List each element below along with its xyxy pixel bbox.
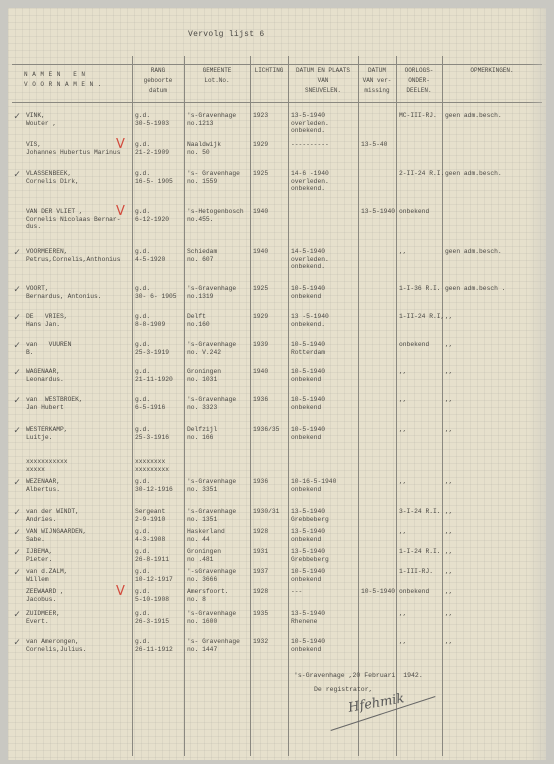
cell-death: 14-5-1940 overleden. onbekend. — [291, 248, 329, 271]
cell-rank: g.d. 30-5-1903 — [135, 112, 169, 127]
cell-death: 13-5-1940 Rhenene — [291, 610, 325, 625]
cell-death: 13-5-1940 Grebbeberg — [291, 508, 329, 523]
cell-unit: 2-II-24 R.I. — [399, 170, 444, 178]
cell-rank: g.d. 21-2-1909 — [135, 141, 169, 156]
cell-rank: g.d. 4-5-1920 — [135, 248, 165, 263]
cell-remarks: ,, — [445, 313, 453, 321]
cell-municipality: Amersfoort. no. 8 — [187, 588, 229, 603]
cell-unit: ,, — [399, 610, 407, 618]
header-lichting: LICHTING — [250, 66, 288, 76]
cell-remarks: ,, — [445, 568, 453, 576]
header-top-rule — [12, 64, 542, 65]
check-mark-icon: ✓ — [14, 111, 20, 123]
cell-lichting: 1928 — [253, 588, 268, 596]
cell-unit: onbekend — [399, 341, 429, 349]
check-mark-icon: ✓ — [14, 425, 20, 437]
header-rank: RANG geboorte datum — [132, 66, 184, 96]
cell-municipality: 's-Gravenhage no. 3351 — [187, 478, 236, 493]
check-mark-icon: ✓ — [14, 637, 20, 649]
cell-lichting: 1940 — [253, 208, 268, 216]
cell-remarks: ,, — [445, 478, 453, 486]
cell-name: ZEEWAARD , Jacobus. — [26, 588, 64, 603]
cell-lichting: 1923 — [253, 112, 268, 120]
cell-missing: 10-5-1940 — [361, 588, 395, 596]
cell-name: van Amerongen, Cornelis,Julius. — [26, 638, 86, 653]
cell-death: 13-5-1940 onbekend — [291, 528, 325, 543]
cell-rank: g.d. 16-5- 1905 — [135, 170, 173, 185]
cell-rank: g.d. 25-3-1916 — [135, 426, 169, 441]
cell-municipality: 's-Gravenhage no.1319 — [187, 285, 236, 300]
red-check-icon: V — [116, 584, 125, 599]
cell-unit: onbekend — [399, 208, 429, 216]
cell-remarks: geen adm.besch . — [445, 285, 505, 293]
column-divider — [396, 56, 397, 756]
cell-municipality: '-sGravenhage no. 3666 — [187, 568, 236, 583]
cell-municipality: 's-Hetogenbosch no.455. — [187, 208, 244, 223]
cell-rank: g.d. 21-11-1920 — [135, 368, 173, 383]
cell-unit: ,, — [399, 426, 407, 434]
cell-name: VOORT, Bernardus, Antonius. — [26, 285, 102, 300]
cell-rank: g.d. 10-12-1917 — [135, 568, 173, 583]
cell-remarks: ,, — [445, 588, 453, 596]
cell-municipality: 's-Gravenhage no. 1600 — [187, 610, 236, 625]
header-unit: OORLOGS- ONDER- DEELEN. — [396, 66, 442, 96]
cell-remarks: ,, — [445, 426, 453, 434]
cell-municipality: 's-Gravenhage no. 1351 — [187, 508, 236, 523]
column-divider — [288, 56, 289, 756]
check-mark-icon: ✓ — [14, 312, 20, 324]
cell-death: 10-5-1940 onbekend — [291, 568, 325, 583]
cell-unit: ,, — [399, 638, 407, 646]
cell-lichting: 1940 — [253, 368, 268, 376]
cell-unit: onbekend — [399, 588, 429, 596]
cell-name: VOORMEEREN, Petrus,Cornelis,Anthonius — [26, 248, 120, 263]
cell-unit: 1-I-24 R.I. — [399, 548, 441, 556]
red-check-icon: V — [116, 204, 125, 219]
cell-rank: g.d. 6-5-1916 — [135, 396, 165, 411]
header-municipality: GEMEENTE Lot.No. — [184, 66, 250, 86]
cell-rank: g.d. 30-12-1916 — [135, 478, 173, 493]
cell-missing: 13-5-40 — [361, 141, 387, 149]
cell-remarks: ,, — [445, 508, 453, 516]
check-mark-icon: ✓ — [14, 395, 20, 407]
cell-remarks: geen adm.besch. — [445, 112, 502, 120]
cell-death: 13 -5-1940 onbekend. — [291, 313, 329, 328]
cell-name: van d.ZALM, Willem — [26, 568, 68, 583]
check-mark-icon: ✓ — [14, 507, 20, 519]
cell-municipality: Haskerland no. 44 — [187, 528, 225, 543]
check-mark-icon: ✓ — [14, 477, 20, 489]
header-death: DATUM EN PLAATS VAN SNEUVELEN. — [288, 66, 358, 96]
cell-name: VAN DER VLIET , Cornelis Nicolaas Bernar… — [26, 208, 120, 231]
column-divider — [358, 56, 359, 756]
cell-municipality: Naaldwijk no. 50 — [187, 141, 221, 156]
cell-lichting: 1932 — [253, 638, 268, 646]
cell-unit: 3-I-24 R.I. — [399, 508, 441, 516]
cell-death: --- — [291, 588, 302, 596]
check-mark-icon: ✓ — [14, 547, 20, 559]
check-mark-icon: ✓ — [14, 567, 20, 579]
cell-lichting: 1935 — [253, 610, 268, 618]
cell-unit: ,, — [399, 396, 407, 404]
check-mark-icon: ✓ — [14, 169, 20, 181]
cell-municipality: 's-Gravenhage no.1213 — [187, 112, 236, 127]
check-mark-icon: ✓ — [14, 247, 20, 259]
cell-municipality: 's- Gravenhage no. 1559 — [187, 170, 240, 185]
cell-lichting: 1929 — [253, 141, 268, 149]
place-date: 's-Gravenhage ,20 Februari 1942. — [294, 672, 423, 680]
cell-unit: MC-III-RJ. — [399, 112, 437, 120]
cell-unit: ,, — [399, 478, 407, 486]
cell-death: 13-5-1940 Grebbeberg — [291, 548, 329, 563]
cell-municipality: Groningen no. 1031 — [187, 368, 221, 383]
column-divider — [442, 56, 443, 756]
cell-municipality: 's- Gravenhage no. 1447 — [187, 638, 240, 653]
cell-death: ---------- — [291, 141, 329, 149]
cell-remarks: ,, — [445, 548, 453, 556]
cell-municipality: Delfzijl no. 166 — [187, 426, 217, 441]
cell-name: van VUUREN B. — [26, 341, 71, 356]
check-mark-icon: ✓ — [14, 367, 20, 379]
cell-rank: g.d. 4-3-1908 — [135, 528, 165, 543]
cell-lichting: 1939 — [253, 341, 268, 349]
cell-name: IJBEMA, Pieter. — [26, 548, 52, 563]
cell-municipality: Groningen no .481 — [187, 548, 221, 563]
cell-rank: g.d. 5-10-1908 — [135, 588, 169, 603]
column-divider — [250, 56, 251, 756]
cell-rank: xxxxxxxx xxxxxxxxx — [135, 458, 169, 473]
cell-lichting: 1930/31 — [253, 508, 279, 516]
cell-municipality: Schiedam no. 607 — [187, 248, 217, 263]
cell-death: 10-5-1940 onbekend — [291, 638, 325, 653]
check-mark-icon: ✓ — [14, 284, 20, 296]
cell-rank: g.d. 30- 6- 1905 — [135, 285, 177, 300]
header-missing: DATUM VAN ver- missing — [358, 66, 396, 96]
column-divider — [184, 56, 185, 756]
cell-municipality: Delft no.160 — [187, 313, 210, 328]
cell-rank: Sergeant 2-9-1910 — [135, 508, 165, 523]
cell-lichting: 1937 — [253, 568, 268, 576]
cell-name: van WESTBROEK, Jan Hubert — [26, 396, 83, 411]
cell-lichting: 1931 — [253, 548, 268, 556]
cell-death: 10-5-1940 onbekend — [291, 426, 325, 441]
cell-lichting: 1936 — [253, 396, 268, 404]
cell-municipality: 's-Gravenhage no. V.242 — [187, 341, 236, 356]
cell-lichting: 1936 — [253, 478, 268, 486]
cell-remarks: ,, — [445, 638, 453, 646]
cell-remarks: ,, — [445, 528, 453, 536]
check-mark-icon: ✓ — [14, 609, 20, 621]
cell-name: ZUIDMEER, Evert. — [26, 610, 60, 625]
header-names: N A M E N E N V O O R N A M E N . — [12, 70, 144, 90]
cell-remarks: ,, — [445, 341, 453, 349]
cell-rank: g.d. 6-12-1920 — [135, 208, 169, 223]
document-page: Vervolg lijst 6 N A M E N E N V O O R N … — [8, 8, 546, 760]
cell-lichting: 1925 — [253, 285, 268, 293]
cell-unit: 1-III-RJ. — [399, 568, 433, 576]
cell-name: VAN WIJNGAARDEN, Sabe. — [26, 528, 86, 543]
cell-lichting: 1929 — [253, 313, 268, 321]
cell-name: VINK, Wouter , — [26, 112, 56, 127]
cell-death: 10-5-1940 Rotterdam — [291, 341, 325, 356]
cell-name: WEZENAAR, Albertus. — [26, 478, 60, 493]
column-divider — [132, 56, 133, 756]
cell-remarks: ,, — [445, 396, 453, 404]
cell-name: VIS, Johannes Hubertus Marinus — [26, 141, 120, 156]
cell-remarks: ,, — [445, 368, 453, 376]
document-title: Vervolg lijst 6 — [188, 30, 265, 39]
check-mark-icon: ✓ — [14, 527, 20, 539]
cell-unit: 1-II-24 R.I, — [399, 313, 444, 321]
cell-missing: 13-5-1940 — [361, 208, 395, 216]
cell-remarks: ,, — [445, 610, 453, 618]
cell-unit: ,, — [399, 248, 407, 256]
cell-lichting: 1940 — [253, 248, 268, 256]
cell-remarks: geen adm.besch. — [445, 170, 502, 178]
cell-death: 10-5-1940 onbekend — [291, 285, 325, 300]
cell-remarks: geen adm.besch. — [445, 248, 502, 256]
cell-lichting: 1925 — [253, 170, 268, 178]
cell-lichting: 1928 — [253, 528, 268, 536]
cell-rank: g.d. 25-3-1919 — [135, 341, 169, 356]
cell-name: DE VRIES, Hans Jan. — [26, 313, 68, 328]
registrar-label: De registrator, — [314, 686, 373, 694]
cell-name: van der WINDT, Andries. — [26, 508, 79, 523]
cell-rank: g.d. 8-8-1909 — [135, 313, 165, 328]
cell-unit: 1-I-36 R.I. — [399, 285, 441, 293]
cell-name: VLASSENBEEK, Cornelis Dirk, — [26, 170, 79, 185]
cell-unit: ,, — [399, 528, 407, 536]
header-remarks: OPMERKINGEN. — [442, 66, 542, 76]
cell-death: 10-5-1940 onbekend — [291, 396, 325, 411]
cell-rank: g.d. 26-3-1915 — [135, 610, 169, 625]
red-check-icon: V — [116, 137, 125, 152]
cell-death: 13-5-1940 overleden. onbekend. — [291, 112, 329, 135]
cell-lichting: 1936/35 — [253, 426, 279, 434]
cell-name: WESTERKAMP, Luitje. — [26, 426, 68, 441]
cell-municipality: 's-Gravenhage no. 3323 — [187, 396, 236, 411]
cell-name: WAGENAAR, Leonardus. — [26, 368, 64, 383]
cell-unit: ,, — [399, 368, 407, 376]
cell-death: 14-6 -1940 overleden. onbekend. — [291, 170, 329, 193]
cell-rank: g.d. 26-8-1911 — [135, 548, 169, 563]
cell-name: xxxxxxxxxxx xxxxx — [26, 458, 68, 473]
header-bottom-rule — [12, 102, 542, 103]
check-mark-icon: ✓ — [14, 340, 20, 352]
cell-rank: g.d. 26-11-1912 — [135, 638, 173, 653]
cell-death: 10-5-1940 onbekend — [291, 368, 325, 383]
cell-death: 10-16-5-1940 onbekend — [291, 478, 336, 493]
